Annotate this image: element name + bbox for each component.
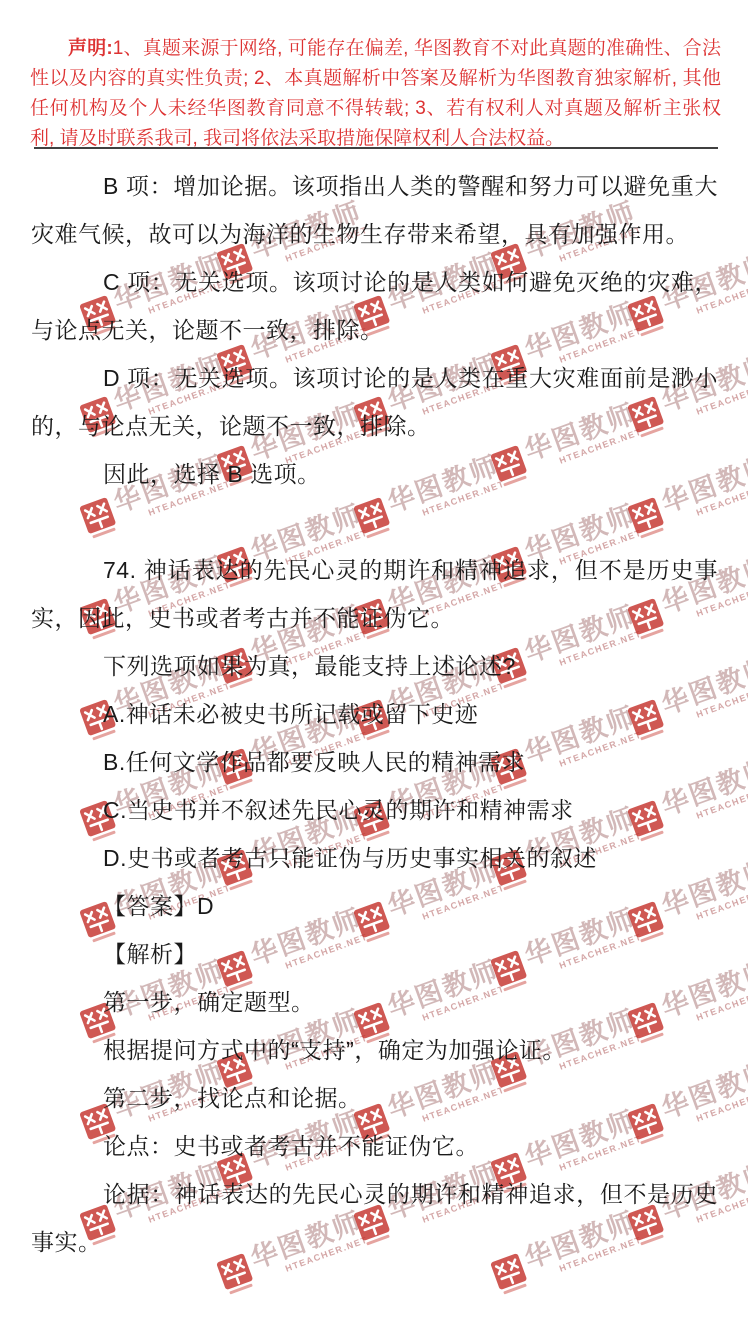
question-74-option-d: D.史书或者考古只能证伪与历史事实相关的叙述 — [31, 834, 718, 882]
document-page: 华图教师HTEACHER.NET华图教师HTEACHER.NET华图教师HTEA… — [0, 0, 748, 1335]
disclaimer-text: 1、真题来源于网络, 可能存在偏差, 华图教育不对此真题的准确性、合法性以及内容… — [30, 38, 721, 149]
option-c-analysis: C 项：无关选项。该项讨论的是人类如何避免灭绝的灾难，与论点无关，论题不一致，排… — [31, 258, 718, 354]
option-d-analysis: D 项：无关选项。该项讨论的是人类在重大灾难面前是渺小的，与论点无关，论题不一致… — [31, 354, 718, 450]
step-1-title: 第一步，确定题型。 — [31, 978, 718, 1026]
content-area: 声明:1、真题来源于网络, 可能存在偏差, 华图教育不对此真题的准确性、合法性以… — [0, 0, 748, 1335]
question-74-option-b: B.任何文学作品都要反映人民的精神需求 — [31, 738, 718, 786]
step-1-detail: 根据提问方式中的“支持”，确定为加强论证。 — [31, 1026, 718, 1074]
analysis-body: B 项：增加论据。该项指出人类的警醒和努力可以避免重大灾难气候，故可以为海洋的生… — [31, 162, 718, 1266]
question-74-stem: 74. 神话表达的先民心灵的期许和精神追求，但不是历史事实，因此，史书或者考古并… — [31, 546, 718, 642]
step-2-evidence: 论据：神话表达的先民心灵的期许和精神追求，但不是历史事实。 — [31, 1170, 718, 1266]
question-74-option-c: C.当史书并不叙述先民心灵的期许和精神需求 — [31, 786, 718, 834]
answer-line: 【答案】D — [31, 882, 718, 930]
disclaimer-label: 声明: — [68, 38, 113, 59]
conclusion-line: 因此，选择 B 选项。 — [31, 450, 718, 498]
question-74-prompt: 下列选项如果为真，最能支持上述论述? — [31, 642, 718, 690]
disclaimer-notice: 声明:1、真题来源于网络, 可能存在偏差, 华图教育不对此真题的准确性、合法性以… — [30, 34, 721, 154]
question-74-option-a: A.神话未必被史书所记载或留下史迹 — [31, 690, 718, 738]
analysis-label: 【解析】 — [31, 930, 718, 978]
option-b-analysis: B 项：增加论据。该项指出人类的警醒和努力可以避免重大灾难气候，故可以为海洋的生… — [31, 162, 718, 258]
section-divider — [34, 147, 718, 149]
paragraph-gap — [31, 498, 718, 546]
step-2-title: 第二步，找论点和论据。 — [31, 1074, 718, 1122]
step-2-thesis: 论点：史书或者考古并不能证伪它。 — [31, 1122, 718, 1170]
